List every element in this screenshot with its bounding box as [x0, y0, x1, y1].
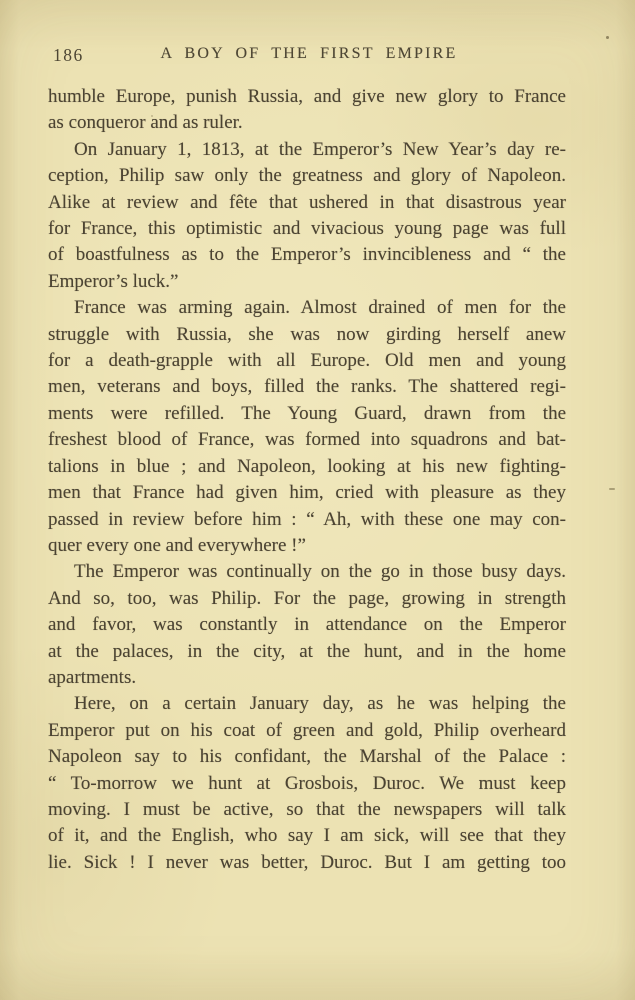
text-block: humble Europe, punish Russia, and give n…: [48, 84, 566, 876]
text-line: moving. I must be active, so that the ne…: [48, 797, 566, 823]
text-line: ments were refilled. The Young Guard, dr…: [48, 401, 566, 427]
text-line: apartments.: [48, 665, 566, 691]
text-line: struggle with Russia, she was now girdin…: [48, 322, 566, 348]
text-line: and favor, was constantly in attendance …: [48, 612, 566, 638]
text-line: The Emperor was continually on the go in…: [48, 559, 566, 585]
text-line: men, veterans and boys, filled the ranks…: [48, 374, 566, 400]
text-line: for France, this optimistic and vivaciou…: [48, 216, 566, 242]
text-line: for a death-grapple with all Europe. Old…: [48, 348, 566, 374]
text-line: at the palaces, in the city, at the hunt…: [48, 639, 566, 665]
text-line: humble Europe, punish Russia, and give n…: [48, 84, 566, 110]
text-line: talions in blue ; and Napoleon, looking …: [48, 454, 566, 480]
text-line: On January 1, 1813, at the Emperor’s New…: [48, 137, 566, 163]
text-line: lie. Sick ! I never was better, Duroc. B…: [48, 850, 566, 876]
text-line: of it, and the English, who say I am sic…: [48, 823, 566, 849]
ink-speck: [151, 115, 153, 117]
ink-speck: [609, 488, 615, 490]
book-page-scan: 186 A BOY OF THE FIRST EMPIRE humble Eur…: [0, 0, 635, 1000]
text-line: quer every one and everywhere !”: [48, 533, 566, 559]
text-line: ception, Philip saw only the greatness a…: [48, 163, 566, 189]
text-line: Emperor’s luck.”: [48, 269, 566, 295]
text-line: men that France had given him, cried wit…: [48, 480, 566, 506]
text-line: Napoleon say to his confidant, the Marsh…: [48, 744, 566, 770]
text-line: as conqueror and as ruler.: [48, 110, 566, 136]
text-line: Emperor put on his coat of green and gol…: [48, 718, 566, 744]
page-header: 186 A BOY OF THE FIRST EMPIRE: [48, 45, 570, 67]
text-line: And so, too, was Philip. For the page, g…: [48, 586, 566, 612]
text-line: Here, on a certain January day, as he wa…: [48, 691, 566, 717]
text-line: France was arming again. Almost drained …: [48, 295, 566, 321]
text-line: Alike at review and fête that ushered in…: [48, 190, 566, 216]
text-line: of boastfulness as to the Emperor’s invi…: [48, 242, 566, 268]
ink-speck: [606, 36, 609, 39]
text-line: freshest blood of France, was formed int…: [48, 427, 566, 453]
running-title: A BOY OF THE FIRST EMPIRE: [48, 45, 570, 63]
text-line: “ To-morrow we hunt at Grosbois, Duroc. …: [48, 771, 566, 797]
text-line: passed in review before him : “ Ah, with…: [48, 507, 566, 533]
